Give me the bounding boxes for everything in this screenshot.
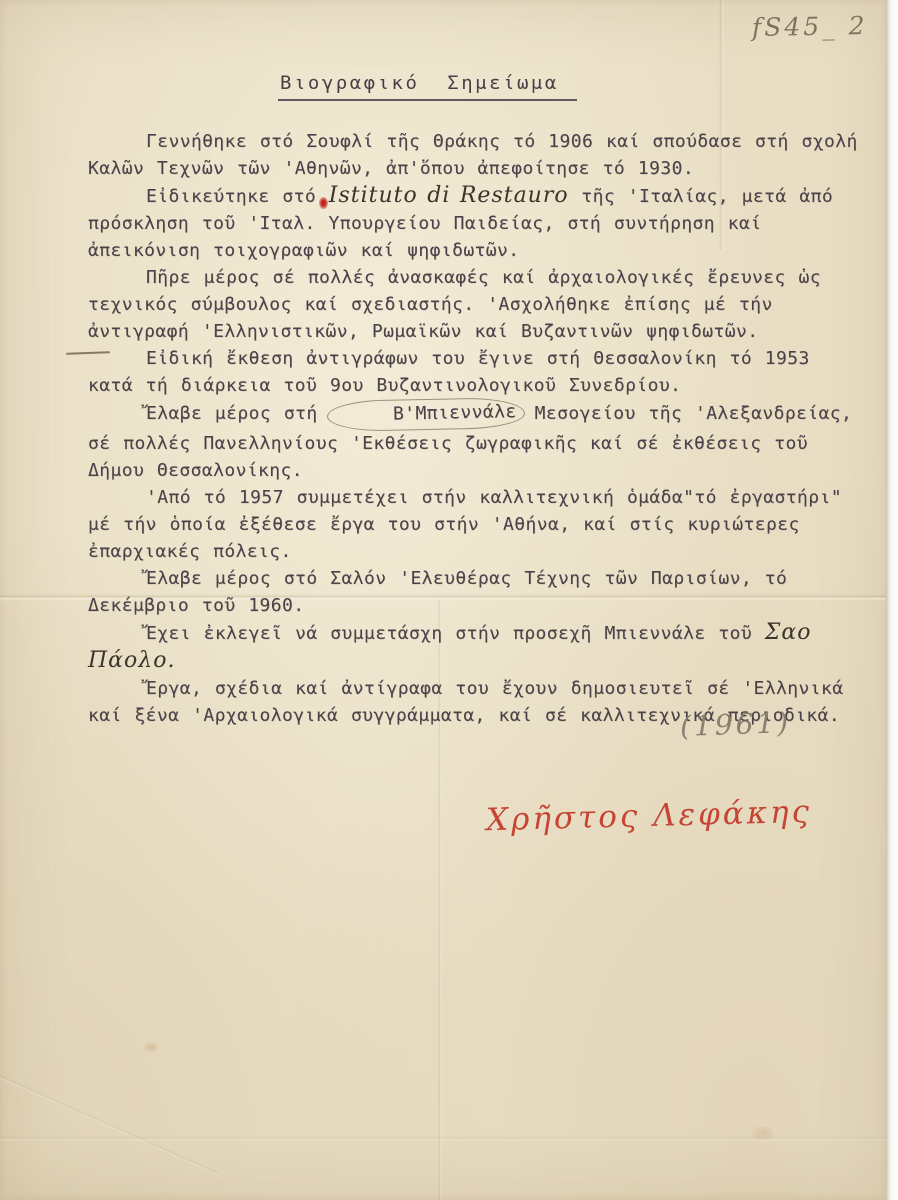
- paragraph-text: Πῆρε μέρος σέ πολλές ἀνασκαφές καί ἀρχαι…: [88, 267, 821, 342]
- scanner-edge: [886, 0, 898, 1200]
- scanned-document: fS45_ 2 Βιογραφικό Σημείωμα Γεννήθηκε στ…: [0, 0, 898, 1200]
- red-ink-dot: [319, 197, 328, 209]
- paragraph-text: Γεννήθηκε στό Σουφλί τῆς Θράκης τό 1906 …: [88, 131, 858, 179]
- paragraph-specialization: Εἰδικεύτηκε στό Istituto di Restauro τῆς…: [88, 182, 860, 264]
- handwritten-institute-name: Istituto di Restauro: [329, 183, 569, 208]
- paragraph-biennale-alexandria: Ἔλαβε μέρος στή Β'Μπιεννάλε Μεσογείου τῆ…: [88, 399, 860, 484]
- paragraph-thessaloniki-1953: Εἰδική ἔκθεση ἀντιγράφων του ἔγινε στή Θ…: [88, 345, 860, 399]
- paragraph-text: Ἔχει ἐκλεγεῖ νά συμμετάσχη στήν προσεχῆ …: [146, 623, 765, 644]
- document-title: Βιογραφικό Σημείωμα: [278, 72, 577, 101]
- paragraph-text: Εἰδικεύτηκε στό: [146, 186, 329, 207]
- paragraph-text: Ἔλαβε μέρος στή: [146, 403, 330, 424]
- paragraph-text: Ἔλαβε μέρος στό Σαλόν 'Ελευθέρας Τέχνης …: [88, 568, 787, 616]
- paragraph-text: Εἰδική ἔκθεση ἀντιγράφων του ἔγινε στή Θ…: [88, 348, 810, 396]
- paragraph-excavations: Πῆρε μέρος σέ πολλές ἀνασκαφές καί ἀρχαι…: [88, 264, 860, 345]
- paragraph-birth-studies: Γεννήθηκε στό Σουφλί τῆς Θράκης τό 1906 …: [88, 128, 860, 182]
- paragraph-salon-paris-1960: Ἔλαβε μέρος στό Σαλόν 'Ελευθέρας Τέχνης …: [88, 565, 860, 619]
- paragraph-ergastiri-group: 'Από τό 1957 συμμετέχει στήν καλλιτεχνικ…: [88, 484, 860, 565]
- paragraph-sao-paulo-biennale: Ἔχει ἐκλεγεῖ νά συμμετάσχη στήν προσεχῆ …: [88, 619, 860, 675]
- pencil-circled-text: Β'Μπιεννάλε: [327, 397, 525, 432]
- document-body: Γεννήθηκε στό Σουφλί τῆς Θράκης τό 1906 …: [88, 128, 860, 729]
- paragraph-text: 'Από τό 1957 συμμετέχει στήν καλλιτεχνικ…: [88, 487, 842, 562]
- handwritten-year-note: (1961): [679, 706, 791, 743]
- archive-code-pencil-note: fS45_ 2: [752, 11, 868, 42]
